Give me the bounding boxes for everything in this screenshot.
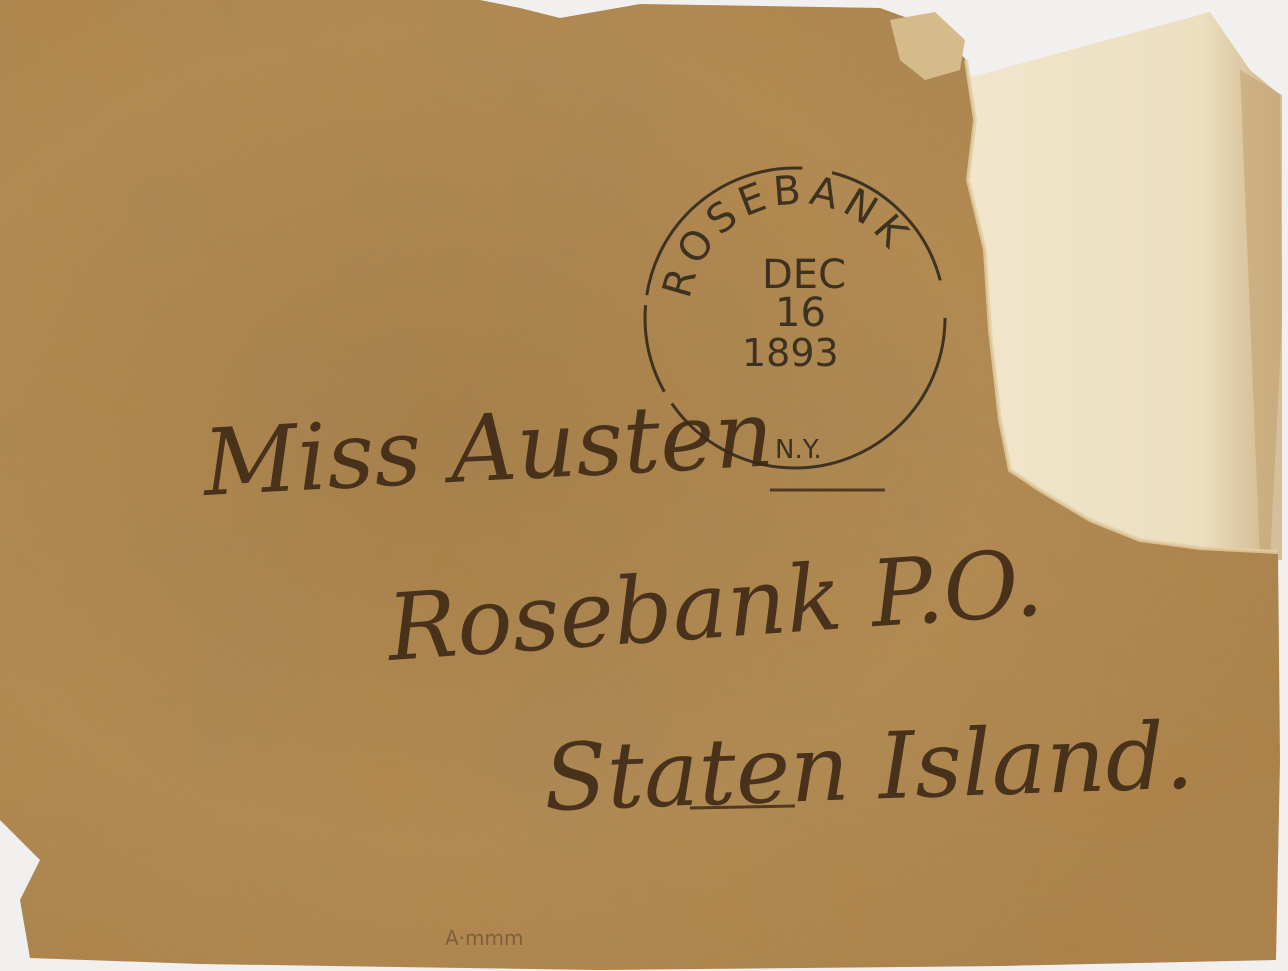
address-line-3: Staten Island. — [542, 702, 1195, 832]
pencil-note: A·mmm — [445, 926, 524, 950]
envelope-illustration: ROSEBANK DEC 16 1893 N.Y. Miss Austen Ro… — [0, 0, 1288, 971]
svg-text:16: 16 — [775, 290, 826, 336]
svg-text:1893: 1893 — [742, 331, 839, 375]
svg-text:N.Y.: N.Y. — [775, 435, 822, 465]
envelope-photo: ROSEBANK DEC 16 1893 N.Y. Miss Austen Ro… — [0, 0, 1288, 971]
